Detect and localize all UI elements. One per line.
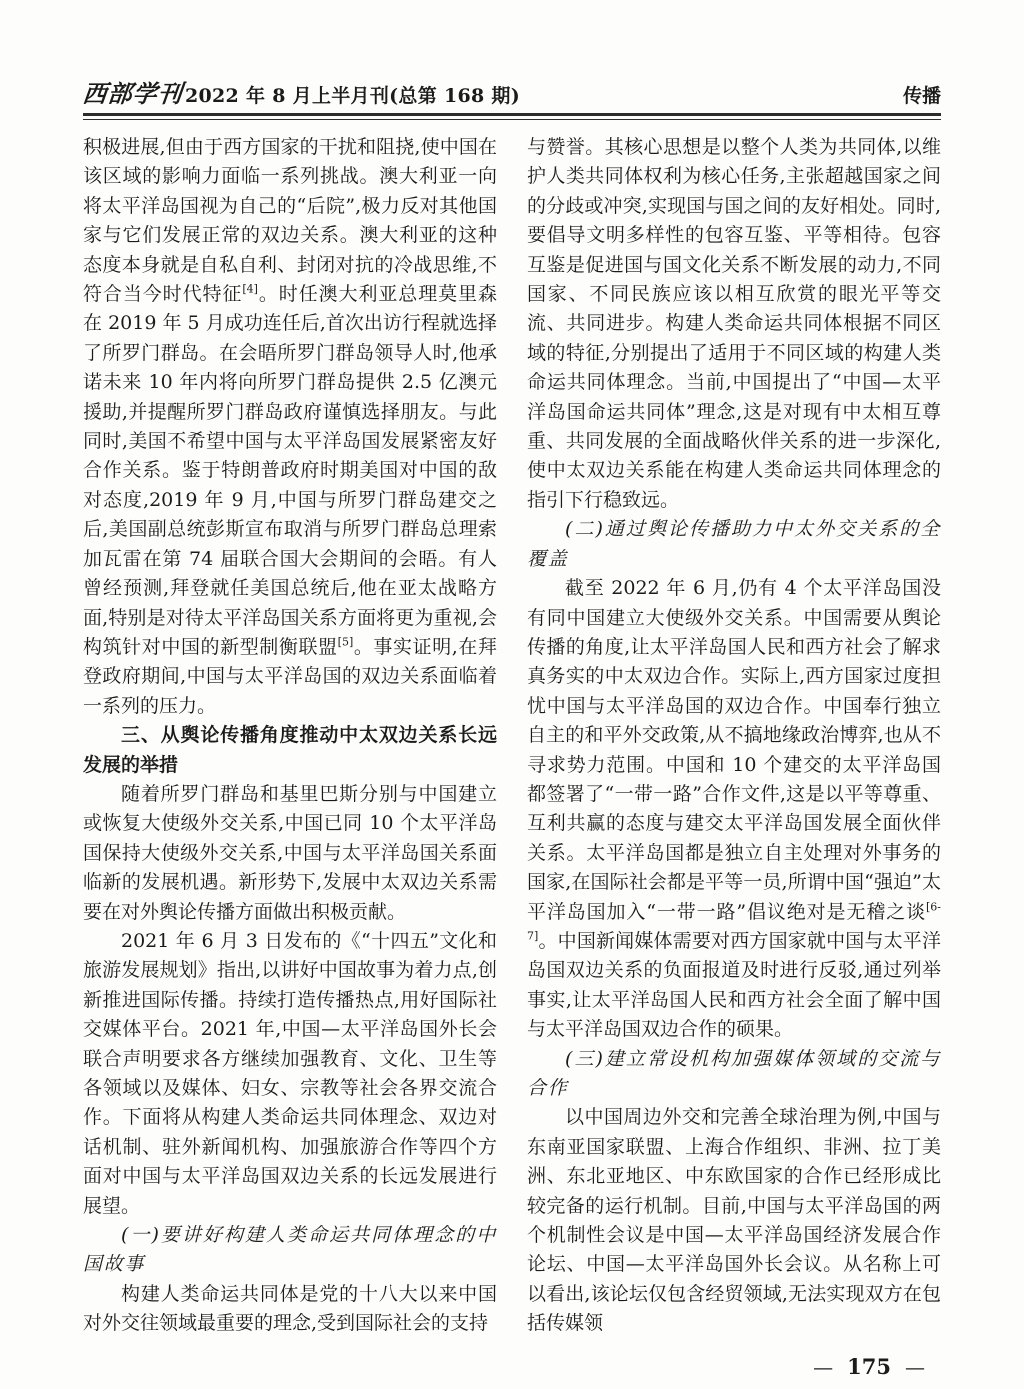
right-column: 与赞誉。其核心思想是以整个人类为共同体,以维护人类共同体权利为核心任务,主张超越… — [527, 133, 941, 1339]
paragraph: 与赞誉。其核心思想是以整个人类为共同体,以维护人类共同体权利为核心任务,主张超越… — [527, 133, 941, 515]
section-label: 传播 — [903, 81, 941, 108]
paragraph: 以中国周边外交和完善全球治理为例,中国与东南亚国家联盟、上海合作组织、非洲、拉丁… — [527, 1103, 941, 1338]
paragraph: 构建人类命运共同体是党的十八大以来中国对外交往领域最重要的理念,受到国际社会的支… — [83, 1280, 497, 1339]
journal-page: 西部学刊 2022 年 8 月上半月刊(总第 168 期) 传播 积极进展,但由… — [0, 0, 1024, 1389]
section-heading: (一)要讲好构建人类命运共同体理念的中国故事 — [83, 1221, 497, 1280]
article-body: 积极进展,但由于西方国家的干扰和阻挠,使中国在该区域的影响力面临一系列挑战。澳大… — [83, 133, 941, 1339]
paragraph: 2021 年 6 月 3 日发布的《“十四五”文化和旅游发展规划》指出,以讲好中… — [83, 927, 497, 1221]
citation-superscript: [5] — [338, 636, 354, 649]
left-column: 积极进展,但由于西方国家的干扰和阻挠,使中国在该区域的影响力面临一系列挑战。澳大… — [83, 133, 497, 1339]
section-heading: (三)建立常设机构加强媒体领域的交流与合作 — [527, 1045, 941, 1104]
paragraph: 截至 2022 年 6 月,仍有 4 个太平洋岛国没有同中国建立大使级外交关系。… — [527, 574, 941, 1045]
page-footer: —175— — [83, 1354, 941, 1379]
section-heading: (二)通过舆论传播助力中太外交关系的全覆盖 — [527, 515, 941, 574]
section-heading: 三、从舆论传播角度推动中太双边关系长远发展的举措 — [83, 721, 497, 780]
page-header: 西部学刊 2022 年 8 月上半月刊(总第 168 期) 传播 — [83, 74, 941, 113]
citation-superscript: [6-7] — [527, 900, 941, 942]
header-left: 西部学刊 2022 年 8 月上半月刊(总第 168 期) — [83, 74, 520, 109]
issue-info: 2022 年 8 月上半月刊(总第 168 期) — [185, 81, 520, 108]
page-number: 175 — [847, 1354, 891, 1379]
footer-dash-left: — — [813, 1355, 833, 1379]
paragraph: 随着所罗门群岛和基里巴斯分别与中国建立或恢复大使级外交关系,中国已同 10 个太… — [83, 780, 497, 927]
paragraph: 积极进展,但由于西方国家的干扰和阻挠,使中国在该区域的影响力面临一系列挑战。澳大… — [83, 133, 497, 721]
footer-dash-right: — — [905, 1355, 925, 1379]
header-double-rule — [83, 113, 941, 120]
journal-logo: 西部学刊 — [81, 74, 185, 109]
citation-superscript: [4] — [242, 283, 258, 296]
